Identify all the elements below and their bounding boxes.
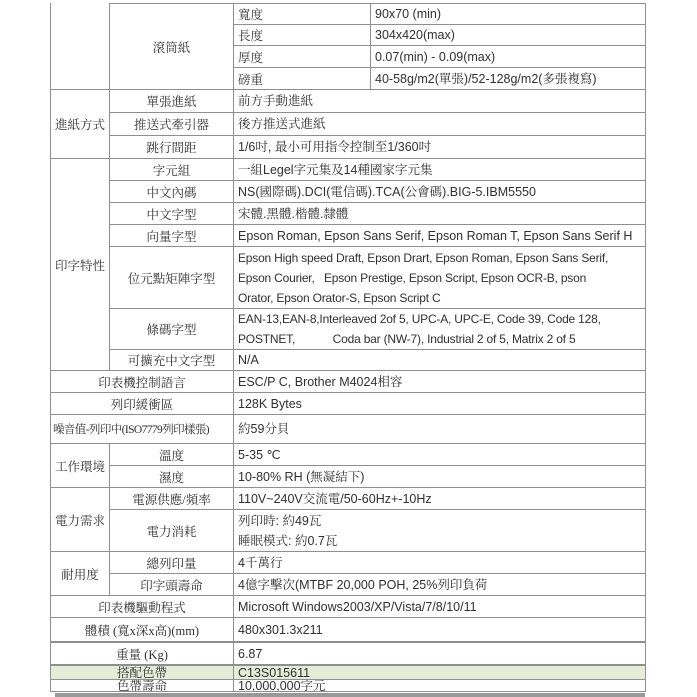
spec-row-value: NS(國際碼).DCI(電信碼).TCA(公會碼).BIG-5.IBM5550 [234, 181, 645, 203]
spec-row-value: 90x70 (min) [371, 3, 645, 25]
spec-row-value: 4億字擊次(MTBF 20,000 POH, 25%列印負荷 [234, 574, 645, 596]
spec-row-label: 列印緩衝區 [51, 393, 234, 415]
row-ribbon: 搭配色帶 C13S015611 [51, 665, 645, 680]
spec-row-value: 6.87 [234, 642, 645, 665]
row-dimensions: 體積 (寬x深x高)(mm) 480x301.3x211 [51, 618, 645, 642]
spec-row-label: 磅重 [234, 68, 371, 90]
row-ribbon-life: 色帶壽命 10,000,000字元 [51, 680, 645, 692]
group-label-roll-paper: 滾筒紙 [110, 3, 234, 90]
spec-row-value: 10,000,000字元 [234, 680, 645, 692]
spec-row-label: 厚度 [234, 46, 371, 68]
spec-row-value: Microsoft Windows2003/XP/Vista/7/8/10/11 [234, 596, 645, 618]
spec-row-value: N/A [234, 350, 645, 371]
spec-row-label: 推送式牽引器 [110, 113, 234, 136]
spec-row-label: 中文字型 [110, 203, 234, 225]
spec-row-label: 搭配色帶 [51, 665, 234, 680]
spec-row-label: 字元組 [110, 159, 234, 181]
category-cell-empty [51, 3, 110, 90]
group-label-paper-feed: 進紙方式 [51, 90, 110, 159]
spec-row-label: 印字頭壽命 [110, 574, 234, 596]
cutoff-element-strip [55, 693, 645, 697]
spec-row-value: Epson Roman, Epson Sans Serif, Epson Rom… [234, 225, 645, 247]
group-label-durability: 耐用度 [51, 552, 110, 596]
spec-row-label: 寬度 [234, 3, 371, 25]
spec-row-value: 4千萬行 [234, 552, 645, 574]
group-label-power-requirements: 電力需求 [51, 488, 110, 552]
spec-row-label: 長度 [234, 25, 371, 46]
row-weight: 重量 (Kg) 6.87 [51, 642, 645, 665]
spec-row-value: ESC/P C, Brother M4024相容 [234, 371, 645, 393]
spec-row-value: 1/6吋, 最小可用指令控制至1/360吋 [234, 136, 645, 159]
spec-row-value: 480x301.3x211 [234, 618, 645, 642]
spec-row-value: 約59分貝 [234, 415, 645, 444]
spec-row-value: 40-58g/m2(單張)/52-128g/m2(多張複寫) [371, 68, 645, 90]
spec-row-label: 位元點矩陣字型 [110, 247, 234, 309]
row-printer-driver: 印表機驅動程式 Microsoft Windows2003/XP/Vista/7… [51, 596, 645, 618]
spec-row-value: 前方手動進紙 [234, 90, 645, 113]
row-print-buffer: 列印緩衝區 128K Bytes [51, 393, 645, 415]
spec-row-label: 溫度 [110, 444, 234, 466]
spec-row-value: 列印時: 約49瓦 睡眠模式: 約0.7瓦 [234, 510, 645, 552]
section-operating-environment: 工作環境 溫度 5-35 ℃ 濕度 10-80% RH (無凝結下) [51, 444, 645, 488]
spec-row-value: 0.07(min) - 0.09(max) [371, 46, 645, 68]
spec-row-label: 重量 (Kg) [51, 642, 234, 665]
section-print-characteristics: 印字特性 字元組 一組Legel字元集及14種國家字元集 中文內碼 NS(國際碼… [51, 159, 645, 371]
row-control-language: 印表機控制語言 ESC/P C, Brother M4024相容 [51, 371, 645, 393]
spec-row-value: 304x420(max) [371, 25, 645, 46]
section-roll-paper: 滾筒紙 寬度 90x70 (min) 長度 304x420(max) 厚度 0.… [51, 3, 645, 90]
spec-row-label: 單張進紙 [110, 90, 234, 113]
spec-row-label: 色帶壽命 [51, 680, 234, 692]
spec-row-value: 一組Legel字元集及14種國家字元集 [234, 159, 645, 181]
spec-row-label: 跳行間距 [110, 136, 234, 159]
group-label-operating-environment: 工作環境 [51, 444, 110, 488]
spec-row-value: 128K Bytes [234, 393, 645, 415]
spec-row-value: EAN-13,EAN-8,Interleaved 2of 5, UPC-A, U… [234, 309, 645, 350]
spec-row-value: 後方推送式進紙 [234, 113, 645, 136]
spec-row-value: 110V~240V交流電/50-60Hz+-10Hz [234, 488, 645, 510]
section-power-requirements: 電力需求 電源供應/頻率 110V~240V交流電/50-60Hz+-10Hz … [51, 488, 645, 552]
spec-row-label: 印表機驅動程式 [51, 596, 234, 618]
spec-row-label: 總列印量 [110, 552, 234, 574]
spec-row-value: C13S015611 [234, 665, 645, 680]
section-durability: 耐用度 總列印量 4千萬行 印字頭壽命 4億字擊次(MTBF 20,000 PO… [51, 552, 645, 596]
spec-row-label: 體積 (寬x深x高)(mm) [51, 618, 234, 642]
spec-row-label: 中文內碼 [110, 181, 234, 203]
spec-row-label: 條碼字型 [110, 309, 234, 350]
spec-row-label: 電源供應/頻率 [110, 488, 234, 510]
spec-row-value: 5-35 ℃ [234, 444, 645, 466]
spec-row-label: 電力消耗 [110, 510, 234, 552]
spec-row-value: 10-80% RH (無凝結下) [234, 466, 645, 488]
row-noise-level: 噪音值-列印中(ISO7779列印樣張) 約59分貝 [51, 415, 645, 444]
printer-spec-table: 滾筒紙 寬度 90x70 (min) 長度 304x420(max) 厚度 0.… [50, 3, 646, 692]
spec-row-label: 噪音值-列印中(ISO7779列印樣張) [51, 415, 234, 444]
spec-row-label: 濕度 [110, 466, 234, 488]
spec-row-value: Epson High speed Draft, Epson Drart, Eps… [234, 247, 645, 309]
spec-row-value: 宋體.黑體.楷體.隸體 [234, 203, 645, 225]
spec-row-label: 向量字型 [110, 225, 234, 247]
spec-row-label: 可擴充中文字型 [110, 350, 234, 371]
spec-row-label: 印表機控制語言 [51, 371, 234, 393]
section-paper-feed: 進紙方式 單張進紙 前方手動進紙 推送式牽引器 後方推送式進紙 跳行間距 1/6… [51, 90, 645, 159]
group-label-print-characteristics: 印字特性 [51, 159, 110, 371]
